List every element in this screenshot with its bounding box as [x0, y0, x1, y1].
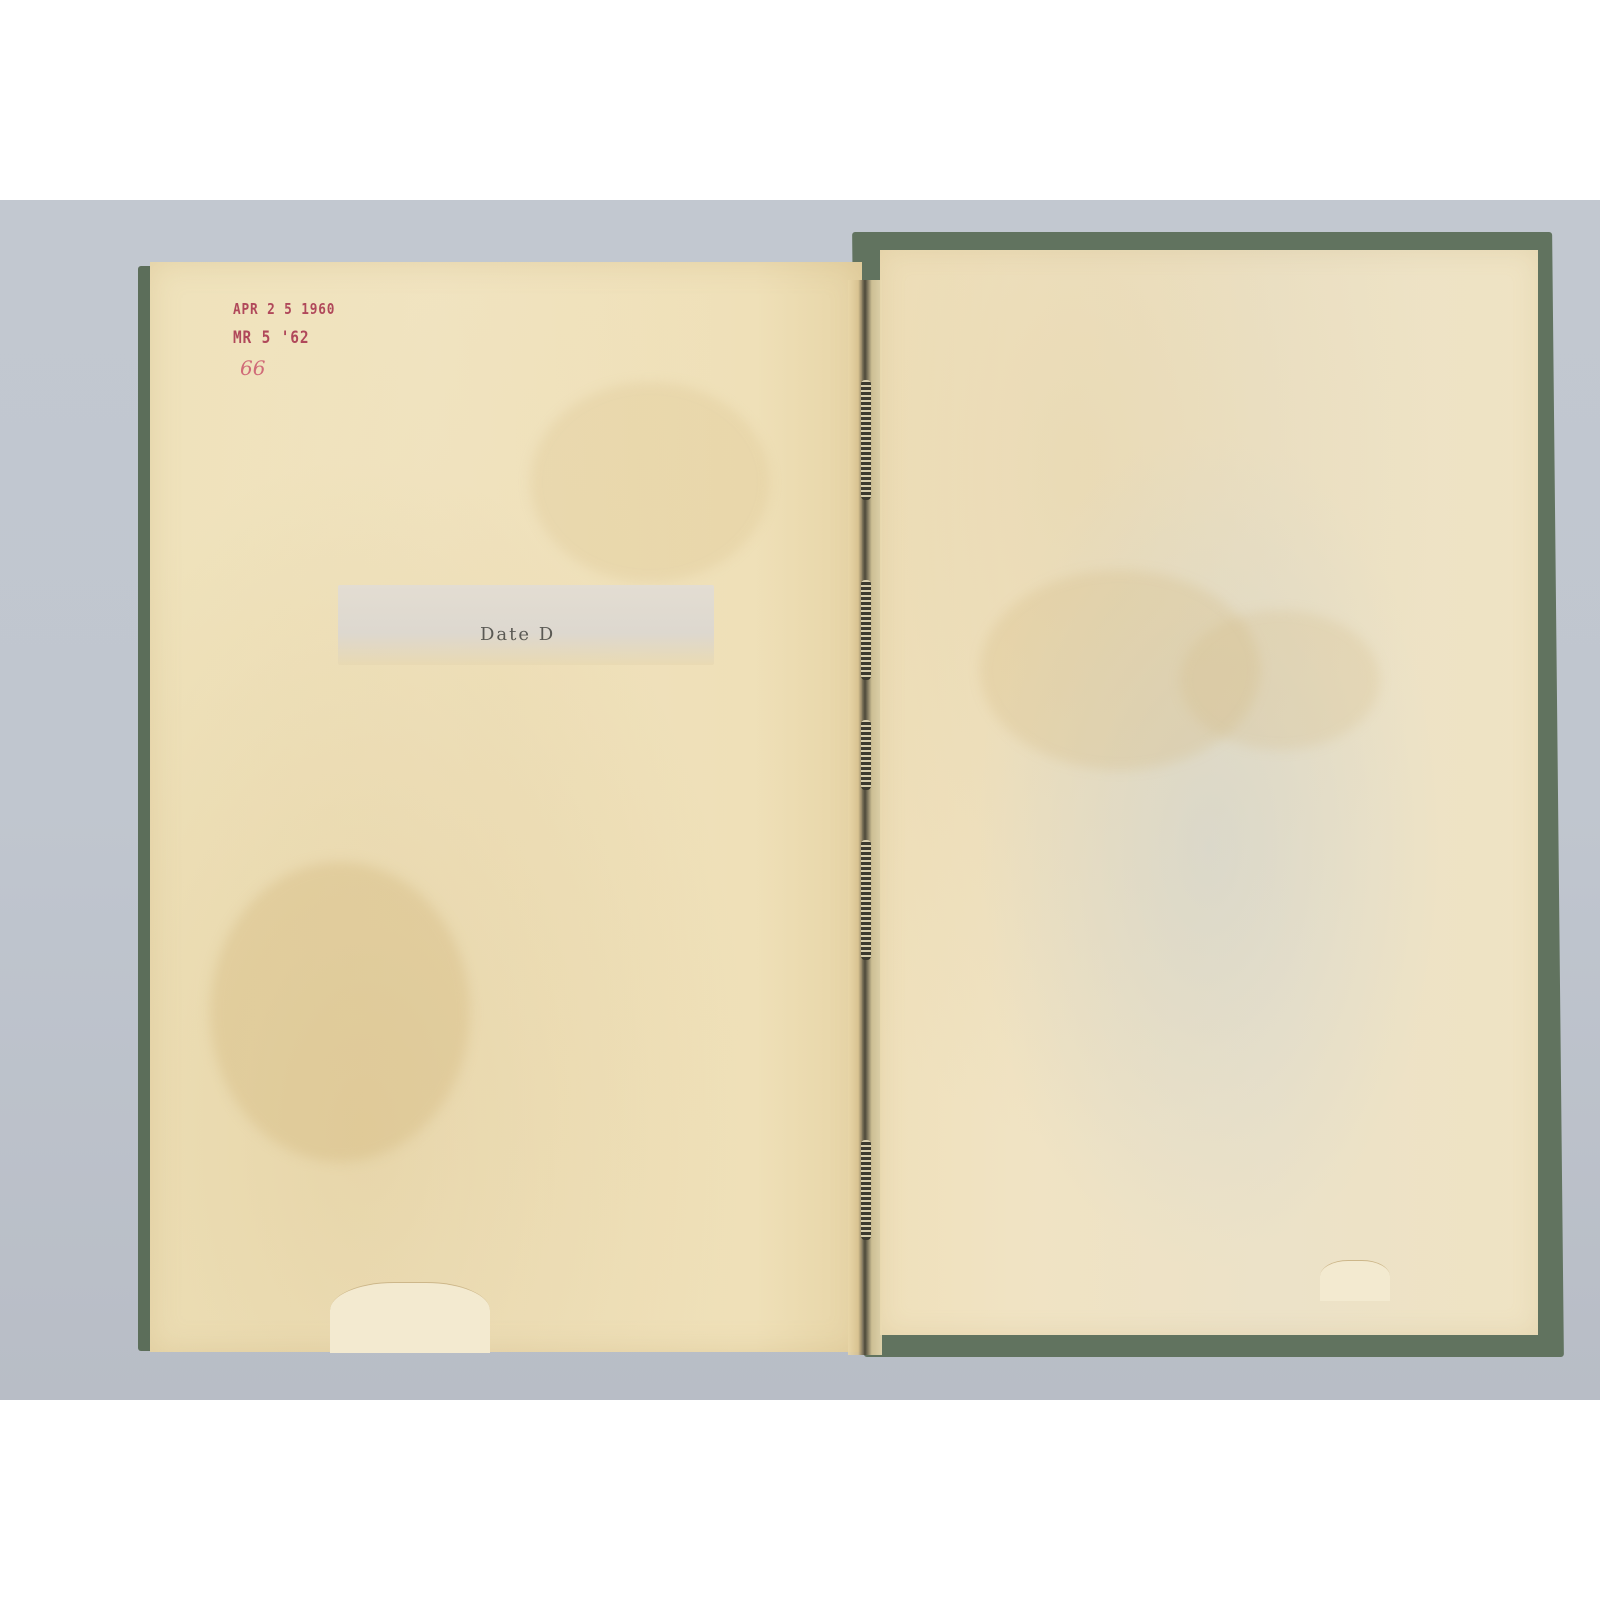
date-stamp: MR 5 '62 — [233, 328, 309, 348]
binding-mesh — [861, 1140, 871, 1240]
water-stain — [210, 862, 470, 1162]
water-stain — [530, 382, 770, 582]
torn-paper — [1320, 1260, 1390, 1301]
water-stain — [1180, 610, 1380, 750]
book-photo: APR 2 5 1960 MR 5 '62 66 Date D — [0, 200, 1600, 1400]
left-endpaper — [150, 262, 862, 1352]
binding-mesh — [861, 580, 871, 680]
binding-mesh — [861, 380, 871, 500]
right-endpaper — [880, 250, 1538, 1335]
handwritten-note: 66 — [240, 356, 265, 380]
label-text: Date D — [480, 624, 555, 645]
binding-mesh — [861, 840, 871, 960]
torn-paper — [330, 1282, 490, 1353]
date-stamp: APR 2 5 1960 — [233, 300, 335, 318]
binding-mesh — [861, 720, 871, 790]
